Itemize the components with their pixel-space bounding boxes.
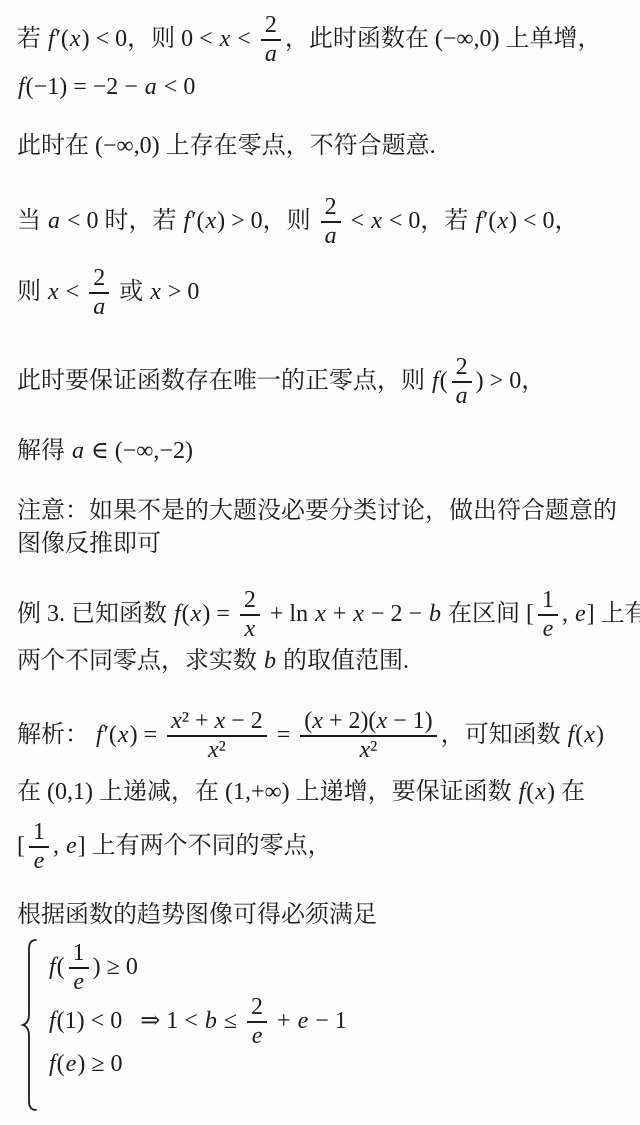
- line-solve-a-range: 解得 a ∈ (−∞,−2): [17, 434, 193, 468]
- text-run: ) > 0，: [476, 368, 546, 394]
- fraction-numerator: 2: [321, 195, 341, 224]
- line-then-x-range: 则 x < 2a 或 x > 0: [17, 263, 199, 321]
- line-unique-positive-zero: 此时要保证函数存在唯一的正零点，则 f(2a) > 0，: [17, 352, 545, 410]
- text-run: f(1) < 0 ⇒ 1 < b ≤: [48, 1008, 243, 1034]
- fraction-numerator: (x + 2)(x − 1): [300, 709, 436, 738]
- fraction-denominator: e: [69, 969, 88, 996]
- line-interval-two-zeros: [1e, e] 上有两个不同的零点，: [17, 817, 332, 875]
- fraction-denominator: x: [241, 616, 260, 643]
- text-run: [: [17, 833, 25, 859]
- fraction: x² + x − 2x²: [167, 709, 267, 765]
- fraction-numerator: 2: [247, 995, 267, 1024]
- line-if-fprime-negative: 若 f′(x) < 0，则 0 < x < 2a，此时函数在 (−∞,0) 上单…: [17, 10, 601, 68]
- fraction-denominator: x²: [356, 737, 382, 764]
- text-run: 当 a < 0 时，若 f′(x) > 0，则: [17, 208, 317, 234]
- text-run: f(: [48, 954, 65, 980]
- text-run: , e] 上有两个不同的零点，: [53, 833, 332, 859]
- text-run: 则 x <: [17, 279, 85, 305]
- fraction: 2a: [89, 266, 109, 322]
- fraction-numerator: x² + x − 2: [167, 709, 267, 738]
- text-run: < x < 0，若 f′(x) < 0，: [345, 208, 579, 234]
- line-zero-exists-not-valid: 此时在 (−∞,0) 上存在零点，不符合题意.: [17, 129, 436, 163]
- text-run: 注意：如果不是的大题没必要分类讨论，做出符合题意的: [17, 498, 617, 524]
- text-run: f(−1) = −2 − a < 0: [17, 74, 195, 100]
- fraction-denominator: e: [30, 848, 49, 875]
- text-run: =: [271, 722, 297, 748]
- line-analysis-derivative: 解析： f′(x) = x² + x − 2x² = (x + 2)(x − 1…: [17, 706, 604, 764]
- fraction-denominator: a: [89, 294, 109, 321]
- fraction-numerator: 2: [452, 355, 472, 384]
- fraction-numerator: 1: [69, 941, 89, 970]
- fraction: 2e: [247, 995, 267, 1051]
- text-run: ，可知函数 f(x): [441, 722, 604, 748]
- text-run: 此时要保证函数存在唯一的正零点，则 f(: [17, 368, 448, 394]
- fraction-numerator: 2: [261, 13, 281, 42]
- line-case-a-negative: 当 a < 0 时，若 f′(x) > 0，则 2a < x < 0，若 f′(…: [17, 192, 579, 250]
- fraction-denominator: e: [539, 616, 558, 643]
- text-run: ，此时函数在 (−∞,0) 上单增，: [285, 26, 602, 52]
- equation-system-rows: f(1e) ≥ 0f(1) < 0 ⇒ 1 < b ≤ 2e + e − 1f(…: [48, 938, 347, 1080]
- fraction-numerator: 2: [89, 266, 109, 295]
- fraction: 1e: [538, 588, 558, 644]
- line-trend-condition: 根据函数的趋势图像可得必须满足: [17, 898, 377, 932]
- fraction-denominator: a: [452, 383, 472, 410]
- text-run: ) ≥ 0: [93, 954, 138, 980]
- line-monotonicity: 在 (0,1) 上递减，在 (1,+∞) 上递增，要保证函数 f(x) 在: [17, 775, 585, 809]
- fraction-denominator: x²: [204, 737, 230, 764]
- fraction: 2a: [261, 13, 281, 69]
- equation-system: f(1e) ≥ 0f(1) < 0 ⇒ 1 < b ≤ 2e + e − 1f(…: [20, 938, 347, 1112]
- fraction: 2a: [452, 355, 472, 411]
- fraction: 2x: [240, 588, 260, 644]
- fraction: 2a: [321, 195, 341, 251]
- left-curly-brace-icon: [20, 938, 42, 1112]
- condition-f-e: f(e) ≥ 0: [48, 1048, 347, 1080]
- text-run: 若 f′(x) < 0，则 0 < x <: [17, 26, 257, 52]
- text-run: 在 (0,1) 上递减，在 (1,+∞) 上递增，要保证函数 f(x) 在: [17, 779, 585, 805]
- text-run: 此时在 (−∞,0) 上存在零点，不符合题意.: [17, 133, 436, 159]
- fraction-numerator: 2: [240, 588, 260, 617]
- fraction-numerator: 1: [29, 820, 49, 849]
- text-run: 或 x > 0: [113, 279, 199, 305]
- text-run: + ln x + x − 2 − b 在区间 [: [264, 601, 534, 627]
- line-example3-statement-2: 两个不同零点，求实数 b 的取值范围.: [17, 644, 409, 678]
- condition-f-1-with-conclusion: f(1) < 0 ⇒ 1 < b ≤ 2e + e − 1: [48, 994, 347, 1048]
- document-page: 若 f′(x) < 0，则 0 < x < 2a，此时函数在 (−∞,0) 上单…: [0, 0, 640, 1125]
- fraction: 1e: [69, 941, 89, 997]
- line-note-part-1: 注意：如果不是的大题没必要分类讨论，做出符合题意的: [17, 494, 617, 528]
- fraction: 1e: [29, 820, 49, 876]
- fraction-numerator: 1: [538, 588, 558, 617]
- text-run: + e − 1: [271, 1008, 347, 1034]
- condition-f-1-over-e: f(1e) ≥ 0: [48, 940, 347, 994]
- line-note-part-2: 图像反推即可: [17, 527, 161, 561]
- text-run: , e] 上有: [562, 601, 640, 627]
- text-run: 两个不同零点，求实数 b 的取值范围.: [17, 648, 409, 674]
- line-f-of-minus-1: f(−1) = −2 − a < 0: [17, 70, 195, 104]
- text-run: f(e) ≥ 0: [48, 1051, 123, 1077]
- text-run: 解析： f′(x) =: [17, 722, 163, 748]
- fraction-denominator: a: [321, 223, 341, 250]
- fraction-denominator: a: [261, 41, 281, 68]
- line-example3-statement-1: 例 3. 已知函数 f(x) = 2x + ln x + x − 2 − b 在…: [17, 585, 640, 643]
- text-run: 图像反推即可: [17, 531, 161, 557]
- text-run: 解得 a ∈ (−∞,−2): [17, 438, 193, 464]
- fraction-denominator: e: [248, 1023, 267, 1050]
- text-run: 例 3. 已知函数 f(x) =: [17, 601, 236, 627]
- text-run: 根据函数的趋势图像可得必须满足: [17, 902, 377, 928]
- fraction: (x + 2)(x − 1)x²: [300, 709, 436, 765]
